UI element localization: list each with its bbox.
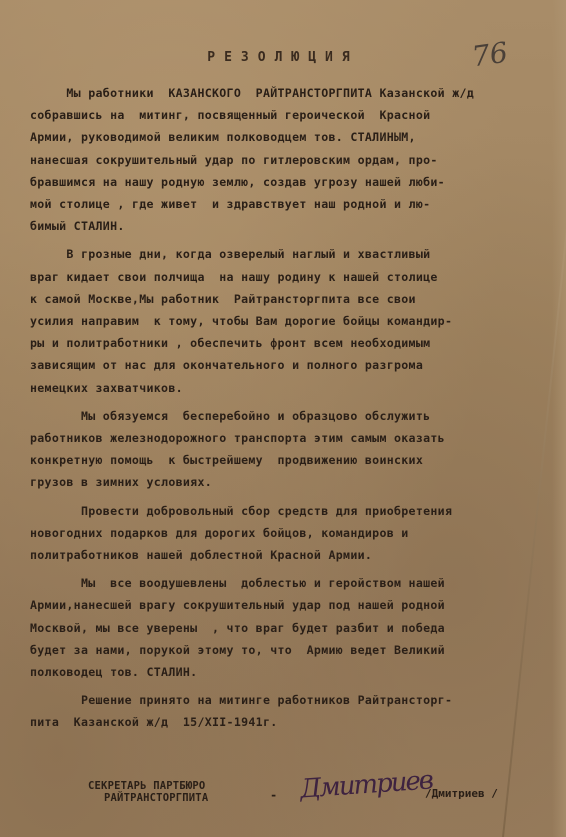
text-line: Решение принято на митинге работников Ра… <box>30 689 550 711</box>
text-line: Москвой, мы все уверены , что враг будет… <box>30 617 550 639</box>
text-line: конкретную помощь к быстрейшему продвиже… <box>30 449 550 471</box>
text-line: усилия направим к тому, чтобы Вам дороги… <box>30 310 550 332</box>
signature-dash: - <box>270 788 277 802</box>
paragraph: Решение принято на митинге работников Ра… <box>30 689 550 733</box>
text-line: полководец тов. СТАЛИН. <box>30 661 550 683</box>
text-line: Армии, руководимой великим полководцем т… <box>30 126 550 148</box>
handwritten-signature: Дмитриев <box>299 765 433 804</box>
text-line: мой столице , где живет и здравствует на… <box>30 193 550 215</box>
document-title: РЕЗОЛЮЦИЯ <box>0 50 566 65</box>
text-line: политработников нашей доблестной Красной… <box>30 544 550 566</box>
text-line: немецких захватчиков. <box>30 377 550 399</box>
text-line: новогодних подарков для дорогих бойцов, … <box>30 522 550 544</box>
paragraph: Мы работники КАЗАНСКОГО РАЙТРАНСТОРГПИТА… <box>30 82 550 237</box>
paragraph: Мы обязуемся бесперебойно и образцово об… <box>30 405 550 494</box>
paragraph: Провести добровольный сбор средств для п… <box>30 500 550 567</box>
text-line: будет за нами, порукой этому то, что Арм… <box>30 639 550 661</box>
signer-name: /Дмитриев / <box>425 787 498 800</box>
text-line: В грозные дни, когда озверелый наглый и … <box>30 243 550 265</box>
document-body: Мы работники КАЗАНСКОГО РАЙТРАНСТОРГПИТА… <box>30 82 550 734</box>
paragraph: Мы все воодушевлены доблестью и геройств… <box>30 572 550 683</box>
text-line: ры и политработники , обеспечить фронт в… <box>30 332 550 354</box>
text-line: враг кидает свои полчища на нашу родину … <box>30 266 550 288</box>
text-line: собравшись на митинг, посвященный героич… <box>30 104 550 126</box>
text-line: пита Казанской ж/д 15/XII-1941г. <box>30 711 550 733</box>
signatory-title-line2: РАЙТРАНСТОРГПИТА <box>88 792 208 804</box>
text-line: нанесшая сокрушительный удар по гитлеров… <box>30 149 550 171</box>
document-page: 76 РЕЗОЛЮЦИЯ Мы работники КАЗАНСКОГО РАЙ… <box>0 0 566 837</box>
text-line: Мы обязуемся бесперебойно и образцово об… <box>30 405 550 427</box>
text-line: зависящим от нас для окончательного и по… <box>30 354 550 376</box>
text-line: работников железнодорожного транспорта э… <box>30 427 550 449</box>
text-line: бимый СТАЛИН. <box>30 215 550 237</box>
paper-edge <box>552 0 566 837</box>
text-line: Мы работники КАЗАНСКОГО РАЙТРАНСТОРГПИТА… <box>30 82 550 104</box>
signatory-title-line1: СЕКРЕТАРЬ ПАРТБЮРО <box>88 780 208 792</box>
text-line: грузов в зимних условиях. <box>30 471 550 493</box>
text-line: к самой Москве,Мы работник Райтрансторгп… <box>30 288 550 310</box>
text-line: бравшимся на нашу родную землю, создав у… <box>30 171 550 193</box>
text-line: Провести добровольный сбор средств для п… <box>30 500 550 522</box>
text-line: Армии,нанесшей врагу сокрушительный удар… <box>30 594 550 616</box>
paragraph: В грозные дни, когда озверелый наглый и … <box>30 243 550 398</box>
signatory-title: СЕКРЕТАРЬ ПАРТБЮРО РАЙТРАНСТОРГПИТА <box>88 780 208 804</box>
text-line: Мы все воодушевлены доблестью и геройств… <box>30 572 550 594</box>
